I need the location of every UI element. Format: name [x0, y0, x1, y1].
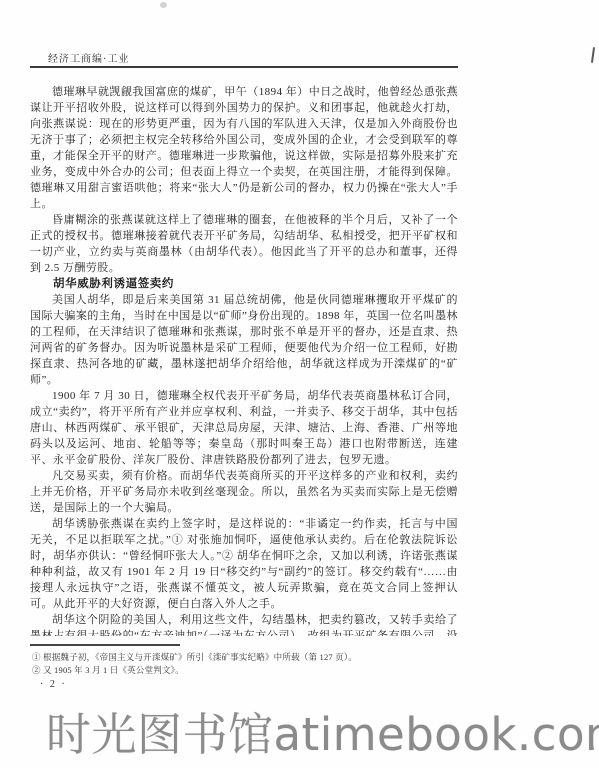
- article-body: 德璀琳早就觊觎我国富庶的煤矿，甲午（1894 年）中日之战时，他曾经怂恿张燕谋让…: [30, 84, 458, 636]
- paragraph-dtrilin-covets-mines: 德璀琳早就觊觎我国富庶的煤矿，甲午（1894 年）中日之战时，他曾经怂恿张燕谋让…: [30, 84, 458, 212]
- paragraph-oriental-syndicate: 胡华这个阴险的美国人，利用这些文件，勾结墨林，把卖约篡改，又转手卖给了墨林占有很…: [30, 612, 458, 636]
- scan-artifact-right-edge: [591, 47, 595, 63]
- footnote-separator: [30, 644, 180, 646]
- running-header: 经济工商编·工业: [48, 50, 129, 65]
- footnote-1: ① 根据魏子初，《帝国主义与开滦煤矿》所引《滦矿事实纪略》中所载（第 127 页…: [32, 651, 462, 664]
- footnotes: ① 根据魏子初，《帝国主义与开滦煤矿》所引《滦矿事实纪略》中所载（第 127 页…: [32, 651, 462, 677]
- book-page: 经济工商编·工业 德璀琳早就觊觎我国富庶的煤矿，甲午（1894 年）中日之战时，…: [0, 0, 599, 768]
- paragraph-no-price-swindle: 凡交易买卖，须有价格。而胡华代表英商所买的开平这样多的产业和权利，卖约上并无价格…: [30, 468, 458, 516]
- paragraph-hoover-as-mining-engineer: 美国人胡华，即是后来美国第 31 届总统胡佛，他是伙同德璀琳攫取开平煤矿的国际大…: [30, 292, 458, 388]
- footnote-2: ② 又 1905 年 3 月 1 日《英公堂判文》。: [32, 664, 462, 677]
- section-heading-huhua-coerces: 胡华威胁利诱逼签卖约: [30, 276, 458, 292]
- scan-artifact-top: [160, 2, 167, 8]
- header-rule: [30, 66, 458, 68]
- page-number: · 2 ·: [40, 679, 67, 690]
- paragraph-threats-and-inducements: 胡华诱胁张燕谋在卖约上签字时，是这样说的：“非谲定一约作卖，托言与中国无关，不足…: [30, 516, 458, 612]
- paragraph-zhang-falls-for-trap: 昏庸糊涂的张燕谋就这样上了德璀琳的圈套，在他被释的半个月后，又补了一个正式的授权…: [30, 212, 458, 276]
- paragraph-sale-contract-1900: 1900 年 7 月 30 日，德璀琳全权代表开平矿务局，胡华代表英商墨林私订合…: [30, 388, 458, 468]
- library-watermark: 时光图书馆atimebook.com: [46, 698, 599, 763]
